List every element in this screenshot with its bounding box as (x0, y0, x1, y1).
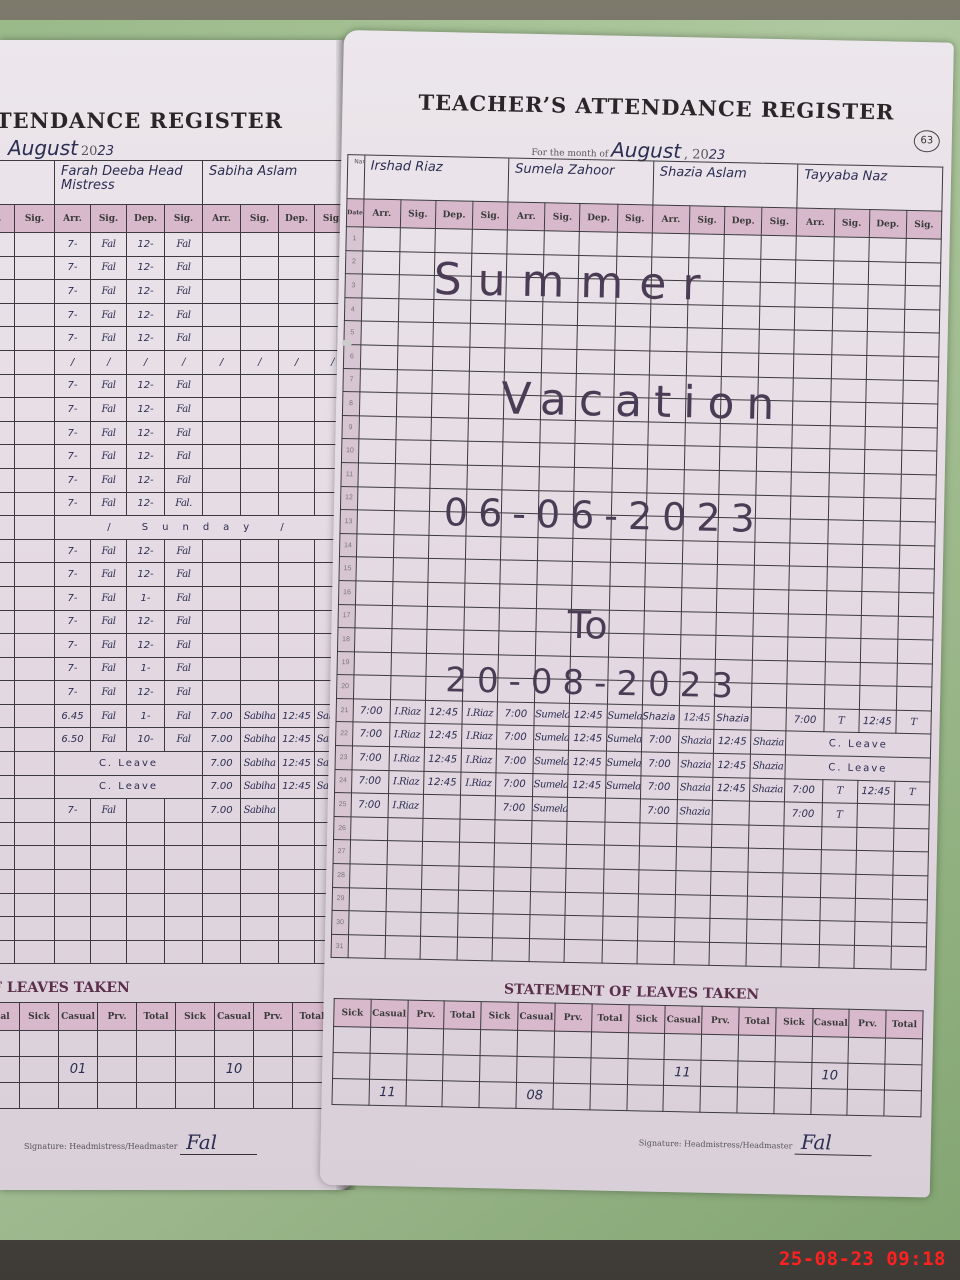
leave-count-cell (254, 1057, 293, 1083)
time-cell (796, 260, 834, 284)
time-cell (279, 492, 315, 516)
signature-cell (542, 349, 578, 373)
time-cell: 7.00 (203, 799, 241, 823)
time-cell (354, 628, 392, 652)
signature-cell (471, 253, 507, 277)
time-cell (357, 463, 395, 487)
time-cell (203, 870, 241, 894)
leave-count-cell (590, 1058, 627, 1085)
attendance-row: 7-Fal12-Fal (0, 398, 351, 422)
time-cell (279, 303, 315, 327)
time-cell (279, 586, 315, 610)
signature-cell (466, 512, 502, 536)
signature-cell (891, 946, 927, 970)
date-cell: 21 (336, 698, 353, 722)
time-cell (573, 515, 611, 539)
leave-count-cell (480, 1030, 517, 1057)
signature-cell (675, 894, 711, 918)
time-cell (574, 491, 612, 515)
time-cell (865, 379, 903, 403)
time-cell (420, 913, 458, 937)
signature-cell (756, 471, 792, 495)
leave-count-cell (554, 1031, 591, 1058)
signature-cell (468, 394, 504, 418)
time-cell (719, 470, 757, 494)
attendance-row: C. Leave7.00Sabiha12:45Sabiha (0, 775, 351, 799)
signature-cell (614, 327, 650, 351)
signature-cell (536, 608, 572, 632)
time-cell: 7:00 (352, 722, 390, 746)
signature-cell (241, 610, 279, 634)
left-year-prefix: 20 (81, 144, 98, 159)
leave-count-cell: 11 (664, 1059, 701, 1086)
signature-cell: Fal (165, 280, 203, 304)
casual-leave-note: C. Leave (786, 731, 931, 758)
signature-cell (241, 940, 279, 964)
signature-cell (754, 589, 790, 613)
time-cell (578, 279, 616, 303)
attendance-row: 7-Fal12-Fal (0, 233, 351, 257)
time-cell: 7:00 (351, 769, 389, 793)
time-cell (507, 230, 545, 254)
signature-cell (615, 279, 651, 303)
time-cell (203, 374, 241, 398)
signature-cell (241, 563, 279, 587)
time-cell (643, 634, 681, 658)
attendance-row: 7-Fal12-Fal (0, 563, 351, 587)
signature-cell (458, 890, 494, 914)
column-header: p. (0, 205, 15, 233)
signature-cell (749, 801, 785, 825)
time-cell (793, 401, 831, 425)
signature-cell (683, 517, 719, 541)
time-cell (431, 394, 469, 418)
time-cell (864, 450, 902, 474)
signature-cell (165, 846, 203, 870)
time-cell (570, 680, 608, 704)
signature-cell (241, 280, 279, 304)
leave-column-header: otal (0, 1003, 20, 1031)
column-header: Sig. (165, 205, 203, 233)
time-cell (574, 467, 612, 491)
signature-cell (241, 893, 279, 917)
attendance-row (0, 893, 351, 917)
time-cell (566, 845, 604, 869)
signature-cell (390, 676, 426, 700)
time-cell (203, 445, 241, 469)
time-cell (638, 870, 676, 894)
time-cell (791, 472, 829, 496)
time-cell (279, 539, 315, 563)
leave-count-cell (810, 1089, 847, 1116)
leave-row (0, 1031, 332, 1057)
signature-cell (830, 378, 866, 402)
column-header: Dep. (279, 205, 315, 233)
time-cell (279, 421, 315, 445)
time-cell (710, 871, 748, 895)
time-cell (794, 354, 832, 378)
signature-cell: Fal (165, 681, 203, 705)
signature-cell (758, 400, 794, 424)
prev-sig-cell (15, 846, 55, 870)
time-cell: 7- (55, 657, 91, 681)
prev-dep-cell (0, 704, 15, 728)
time-cell (861, 568, 899, 592)
leave-count-cell (812, 1037, 849, 1064)
leave-column-header: Casual (215, 1003, 254, 1031)
signature-cell (674, 918, 710, 942)
time-cell (722, 329, 760, 353)
signature-cell (392, 582, 428, 606)
date-cell: 15 (339, 557, 356, 581)
right-signature-line: Signature: Headmistress/Headmaster Fal (639, 1126, 872, 1155)
signature-cell (892, 899, 928, 923)
signature-cell (398, 322, 434, 346)
column-header: Sig. (15, 205, 55, 233)
time-cell: 7.00 (203, 704, 241, 728)
signature-cell (833, 260, 869, 284)
leave-column-header: Sick (334, 999, 371, 1028)
signature-cell (241, 681, 279, 705)
signature-cell (891, 922, 927, 946)
signature-cell (611, 492, 647, 516)
signature-cell (613, 397, 649, 421)
time-cell (279, 940, 315, 964)
signature-cell: Fal (165, 563, 203, 587)
signature-cell: Sabiha (241, 799, 279, 823)
attendance-row: 6.45Fal1-Fal7.00Sabiha12:45Sabiha (0, 704, 351, 728)
signature-cell (241, 233, 279, 257)
signature-cell: Fal (91, 280, 127, 304)
time-cell: 7- (55, 610, 91, 634)
time-cell (717, 541, 755, 565)
signature-cell (829, 426, 865, 450)
time-cell (503, 419, 541, 443)
leave-count-cell (774, 1062, 811, 1089)
date-cell: 6 (343, 345, 360, 369)
leave-count-cell (738, 1035, 775, 1062)
prev-sig-cell (15, 233, 55, 257)
signature-cell (535, 655, 571, 679)
time-cell: 7- (55, 327, 91, 351)
leave-count-cell (137, 1057, 176, 1083)
time-cell (652, 233, 690, 257)
prev-sig-cell (15, 917, 55, 941)
signature-cell (91, 893, 127, 917)
time-cell (356, 510, 394, 534)
time-cell (348, 935, 386, 959)
time-cell (860, 639, 898, 663)
signature-cell (241, 492, 279, 516)
signature-cell (531, 844, 567, 868)
signature-cell (607, 680, 643, 704)
time-cell (350, 840, 388, 864)
prev-dep-cell (0, 870, 15, 894)
leave-column-header: Prv. (849, 1009, 886, 1038)
signature-cell (241, 445, 279, 469)
signature-cell (833, 237, 869, 261)
leave-count-cell (628, 1033, 665, 1060)
signature-cell (539, 490, 575, 514)
time-cell (433, 323, 471, 347)
time-cell (203, 233, 241, 257)
time-cell (505, 301, 543, 325)
leave-count-cell (215, 1031, 254, 1057)
signature-cell (902, 403, 938, 427)
prev-sig-cell (15, 586, 55, 610)
leave-column-header: Prv. (254, 1003, 293, 1031)
time-cell: / (203, 350, 241, 374)
time-cell: 7.00 (203, 752, 241, 776)
signature-cell (905, 285, 941, 309)
signature-cell (538, 514, 574, 538)
time-cell (499, 631, 537, 655)
time-cell (428, 559, 466, 583)
time-cell (203, 940, 241, 964)
time-cell (505, 324, 543, 348)
prev-dep-cell (0, 846, 15, 870)
signature-cell: Sumela (533, 750, 569, 774)
time-cell (203, 563, 241, 587)
signature-cell: Fal (91, 468, 127, 492)
leave-column-header: Prv. (554, 1003, 591, 1032)
time-cell: 12- (127, 610, 165, 634)
signature-cell: Fal (165, 374, 203, 398)
leave-count-cell (517, 1056, 554, 1083)
prev-sig-cell (15, 516, 55, 540)
signature-cell (537, 561, 573, 585)
left-register-page: TENDANCE REGISTER August 2023 Farah Deeb… (0, 40, 352, 1190)
signature-cell (399, 251, 435, 275)
leave-column-header: Sick (176, 1003, 215, 1031)
date-cell: 22 (336, 722, 353, 746)
date-cell: 19 (337, 651, 354, 675)
time-cell: 7- (55, 492, 91, 516)
signature-cell (609, 586, 645, 610)
time-cell (279, 445, 315, 469)
leave-count-cell: 11 (369, 1079, 406, 1106)
signature-cell (610, 539, 646, 563)
time-cell: Shazia (714, 706, 752, 730)
time-cell (359, 392, 397, 416)
signature-cell (682, 564, 718, 588)
time-cell (793, 378, 831, 402)
signature-cell (165, 893, 203, 917)
time-cell: 7:00 (641, 752, 679, 776)
prev-dep-cell (0, 468, 15, 492)
prev-sig-cell (15, 256, 55, 280)
signature-cell: Sumela (534, 703, 570, 727)
prev-sig-cell (15, 374, 55, 398)
attendance-row (0, 846, 351, 870)
casual-leave-note: C. Leave (785, 755, 930, 782)
signature-cell (539, 467, 575, 491)
left-signature-line: Signature: Headmistress/Headmaster Fal (24, 1130, 257, 1154)
time-cell (719, 447, 757, 471)
time-cell (868, 238, 906, 262)
signature-cell (608, 657, 644, 681)
time-cell (638, 893, 676, 917)
signature-cell (531, 868, 567, 892)
left-leaves-title: F LEAVES TAKEN (0, 980, 130, 996)
date-cell: 7 (343, 368, 360, 392)
time-cell: 7:00 (641, 728, 679, 752)
left-page-title: TENDANCE REGISTER (0, 108, 283, 133)
prev-sig-cell (15, 822, 55, 846)
right-year-suffix: 23 (709, 148, 726, 163)
time-cell (203, 539, 241, 563)
signature-cell (759, 330, 795, 354)
time-cell (279, 610, 315, 634)
right-leaves-table: SickCasualPrv.TotalSickCasualPrv.TotalSi… (331, 998, 923, 1117)
time-cell (425, 677, 463, 701)
time-cell: 10- (127, 728, 165, 752)
prev-dep-cell (0, 822, 15, 846)
time-cell (203, 846, 241, 870)
prev-sig-cell (15, 350, 55, 374)
casual-leave-note: C. Leave (55, 775, 203, 799)
date-cell: 29 (332, 887, 349, 911)
left-leaves-table: otalSickCasualPrv.TotalSickCasualPrv.Tot… (0, 1002, 332, 1109)
time-cell (357, 486, 395, 510)
signature-cell: Fal (91, 586, 127, 610)
leave-count-cell (774, 1088, 811, 1115)
prev-dep-cell (0, 563, 15, 587)
time-cell (649, 351, 687, 375)
attendance-row: 7-Fal12-Fal. (0, 492, 351, 516)
time-cell (577, 326, 615, 350)
leave-count-cell: 08 (516, 1082, 553, 1109)
time-cell: 12:45 (424, 747, 462, 771)
teacher-name-irshad: Irshad Riaz (363, 155, 508, 202)
signature-cell (749, 825, 785, 849)
time-cell (781, 944, 819, 968)
signature-cell (747, 919, 783, 943)
prev-dep-cell (0, 752, 15, 776)
date-cell: 1 (346, 227, 363, 251)
time-cell (203, 822, 241, 846)
leave-column-header: Sick (20, 1003, 59, 1031)
signature-cell (469, 371, 505, 395)
signature-cell: Fal (91, 563, 127, 587)
signature-cell (759, 353, 795, 377)
attendance-row: 7-Fal12-Fal (0, 303, 351, 327)
signature-cell (684, 446, 720, 470)
casual-leave-note: C. Leave (55, 752, 203, 776)
name-label: Name: (347, 155, 364, 199)
time-cell: Shazia 7:00 (642, 705, 680, 729)
signature-cell (387, 841, 423, 865)
time-cell (710, 895, 748, 919)
leave-count-cell (176, 1031, 215, 1057)
signature-cell (458, 913, 494, 937)
time-cell (711, 824, 749, 848)
signature-cell (165, 917, 203, 941)
signature-cell (470, 300, 506, 324)
leave-count-cell (176, 1057, 215, 1083)
time-cell: 12:45 (279, 704, 315, 728)
time-cell: 12- (127, 445, 165, 469)
prev-dep-cell (0, 775, 15, 799)
signature-cell (241, 421, 279, 445)
time-cell (866, 332, 904, 356)
time-cell (362, 227, 400, 251)
prev-sig-cell (15, 280, 55, 304)
prev-dep-cell (0, 303, 15, 327)
signature-cell (544, 231, 580, 255)
leave-count-cell (406, 1054, 443, 1081)
time-cell (650, 327, 688, 351)
time-cell: 12- (127, 563, 165, 587)
signature-cell (610, 515, 646, 539)
prev-dep-cell (0, 374, 15, 398)
signature-cell: Fal (91, 657, 127, 681)
date-cell: 30 (332, 911, 349, 935)
signature-cell (752, 660, 788, 684)
signature-cell (541, 372, 577, 396)
time-cell: 7- (55, 681, 91, 705)
leave-count-cell (443, 1029, 480, 1056)
leave-count-cell (737, 1061, 774, 1088)
attendance-row: 7-Fal12-Fal (0, 421, 351, 445)
signature-cell: Fal (165, 704, 203, 728)
signature-cell: Sumela (532, 797, 568, 821)
signature-cell (825, 638, 861, 662)
time-cell (646, 492, 684, 516)
signature-cell: I.Riaz (460, 772, 496, 796)
time-cell (350, 817, 388, 841)
signature-cell (393, 534, 429, 558)
time-cell (855, 874, 893, 898)
signature-cell (752, 683, 788, 707)
leave-count-cell (0, 1083, 20, 1109)
signature-cell (893, 828, 929, 852)
time-cell (867, 285, 905, 309)
signature-cell: Fal (91, 398, 127, 422)
signature-cell (241, 539, 279, 563)
time-cell (789, 566, 827, 590)
signature-cell (386, 865, 422, 889)
time-cell: 12:45 (569, 703, 607, 727)
teacher-name-farah: Farah Deeba Head Mistress (55, 161, 203, 205)
signature-cell (828, 496, 864, 520)
time-cell: 12:45 (425, 700, 463, 724)
time-cell: 12- (127, 303, 165, 327)
left-year-suffix: 23 (97, 144, 114, 159)
signature-cell (688, 281, 724, 305)
time-cell (127, 870, 165, 894)
time-cell (647, 445, 685, 469)
time-cell (782, 897, 820, 921)
time-cell: 7:00 (351, 793, 389, 817)
time-cell (789, 590, 827, 614)
leave-count-cell (254, 1031, 293, 1057)
leave-count-cell (775, 1036, 812, 1063)
prev-dep-cell (0, 233, 15, 257)
signature-cell (894, 804, 930, 828)
time-cell (360, 345, 398, 369)
leave-column-header: Total (738, 1007, 775, 1036)
time-cell (718, 518, 756, 542)
time-cell (714, 683, 752, 707)
signature-cell (901, 451, 937, 475)
time-cell (792, 448, 830, 472)
prev-sig-cell (15, 704, 55, 728)
time-cell (279, 374, 315, 398)
time-cell (279, 822, 315, 846)
prev-sig-cell (15, 893, 55, 917)
time-cell: 12- (127, 374, 165, 398)
